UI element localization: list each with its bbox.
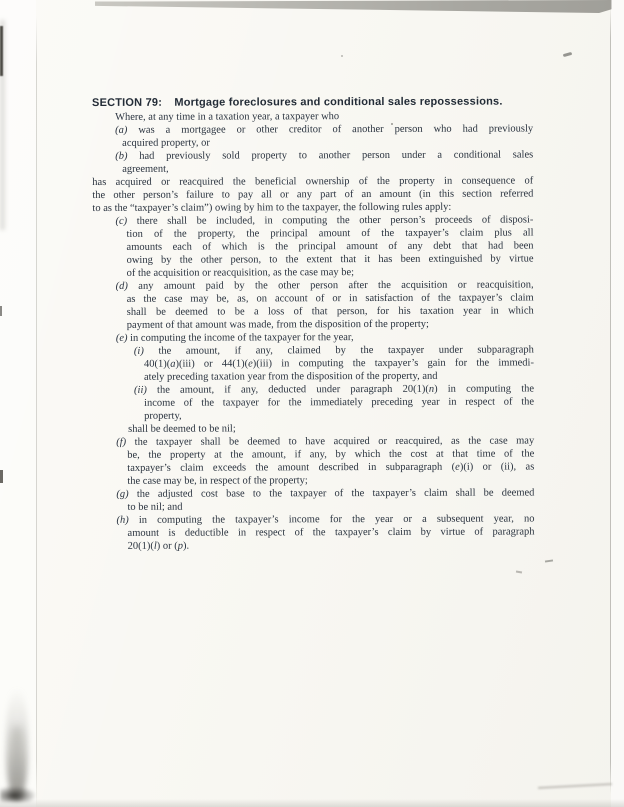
scanned-page: SECTION 79: Mortgage foreclosures and co… bbox=[0, 0, 624, 807]
paragraph-continuation: has acquired or reacquired the beneficia… bbox=[92, 174, 533, 215]
scan-speck bbox=[516, 570, 522, 573]
paragraph-clause-d: (d) any amount paid by the other person … bbox=[93, 278, 534, 332]
scan-speck bbox=[563, 52, 572, 57]
section-number: SECTION 79: bbox=[92, 97, 162, 109]
left-edge-mark bbox=[0, 26, 3, 76]
text-line: shall be deemed to be a loss of that per… bbox=[93, 304, 534, 319]
paragraph-item-a: (a) was a mortgagee or other creditor of… bbox=[92, 122, 533, 150]
section-heading: SECTION 79: Mortgage foreclosures and co… bbox=[92, 94, 533, 110]
left-page-margin bbox=[0, 0, 36, 807]
scan-speck bbox=[545, 559, 553, 562]
paragraph-clause-h: (h) in computing the taxpayer’s income f… bbox=[93, 512, 534, 553]
scanner-edge-band bbox=[95, 0, 612, 13]
text-line: the other person’s failure to pay all or… bbox=[92, 187, 533, 202]
paragraph-subclause-i: (i) the amount, if any, claimed by the t… bbox=[93, 343, 534, 384]
bottom-left-smudge bbox=[10, 726, 24, 790]
document-text: SECTION 79: Mortgage foreclosures and co… bbox=[92, 94, 535, 553]
left-edge-mark bbox=[0, 306, 2, 316]
right-page-margin bbox=[611, 0, 624, 807]
text-line: (b) had previously sold property to anot… bbox=[92, 148, 533, 163]
paragraph-clause-g: (g) the adjusted cost base to the taxpay… bbox=[93, 486, 534, 514]
text-line: owing by the other person, to the extent… bbox=[93, 252, 534, 267]
paragraph-item-b: (b) had previously sold property to anot… bbox=[92, 148, 533, 176]
paragraph-subclause-ii: (ii) the amount, if any, deducted under … bbox=[93, 382, 534, 423]
bottom-edge-shadow bbox=[0, 799, 624, 807]
page-fold-line bbox=[36, 16, 37, 807]
text-line: (a) was a mortgagee or other creditor of… bbox=[92, 122, 533, 137]
section-body: Where, at any time in a taxation year, a… bbox=[92, 109, 535, 553]
text-line: (g) the adjusted cost base to the taxpay… bbox=[93, 486, 534, 501]
paragraph-clause-f: (f) the taxpayer shall be deemed to have… bbox=[93, 434, 534, 488]
text-line: income of the taxpayer for the immediate… bbox=[93, 395, 534, 410]
bottom-right-crease bbox=[538, 783, 612, 789]
text-line: amount is deductible in respect of the t… bbox=[94, 525, 535, 540]
paragraph-clause-c: (c) there shall be included, in computin… bbox=[92, 213, 533, 280]
left-edge-mark bbox=[0, 470, 3, 483]
text-line: 20(1)(l) or (p). bbox=[94, 538, 535, 553]
scan-speck bbox=[341, 55, 343, 57]
text-line: taxpayer’s claim exceeds the amount desc… bbox=[93, 460, 534, 475]
section-title: Mortgage foreclosures and conditional sa… bbox=[174, 96, 502, 109]
text-line: 40(1)(a)(iii) or 44(1)(e)(iii) in comput… bbox=[93, 356, 534, 371]
